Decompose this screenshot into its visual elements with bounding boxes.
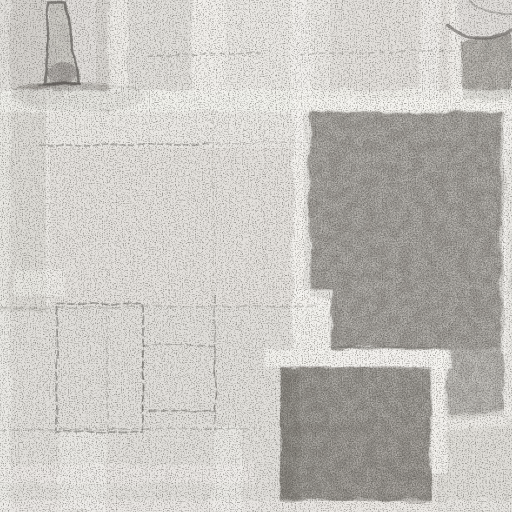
paper-grain-overlay [0,0,512,512]
artwork [0,0,512,512]
artwork-canvas [0,0,512,512]
